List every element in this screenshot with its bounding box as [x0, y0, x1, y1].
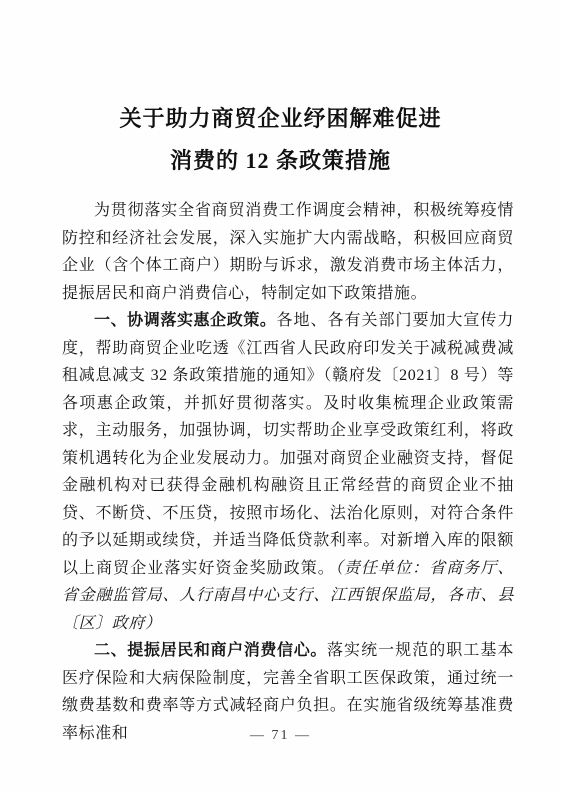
measure-1-text: 各地、各有关部门要加大宣传力度，帮助商贸企业吃透《江西省人民政府印发关于减税减费… [62, 312, 514, 577]
paragraph-intro: 为贯彻落实全省商贸消费工作调度会精神，积极统筹疫情防控和经济社会发展，深入实施扩… [62, 197, 514, 307]
intro-text: 为贯彻落实全省商贸消费工作调度会精神，积极统筹疫情防控和经济社会发展，深入实施扩… [62, 202, 514, 302]
document-page: 关于助力商贸企业纾困解难促进 消费的 12 条政策措施 为贯彻落实全省商贸消费工… [0, 0, 561, 793]
measure-2-heading: 二、提振居民和商户消费信心。 [94, 642, 327, 659]
title-line-1: 关于助力商贸企业纾困解难促进 [0, 98, 561, 140]
document-title: 关于助力商贸企业纾困解难促进 消费的 12 条政策措施 [0, 98, 561, 182]
page-number: — 71 — [0, 728, 561, 744]
measure-1-heading: 一、协调落实惠企政策。 [94, 312, 277, 329]
document-body: 为贯彻落实全省商贸消费工作调度会精神，积极统筹疫情防控和经济社会发展，深入实施扩… [0, 197, 561, 747]
paragraph-measure-1: 一、协调落实惠企政策。各地、各有关部门要加大宣传力度，帮助商贸企业吃透《江西省人… [62, 307, 514, 637]
title-line-2: 消费的 12 条政策措施 [0, 140, 561, 182]
